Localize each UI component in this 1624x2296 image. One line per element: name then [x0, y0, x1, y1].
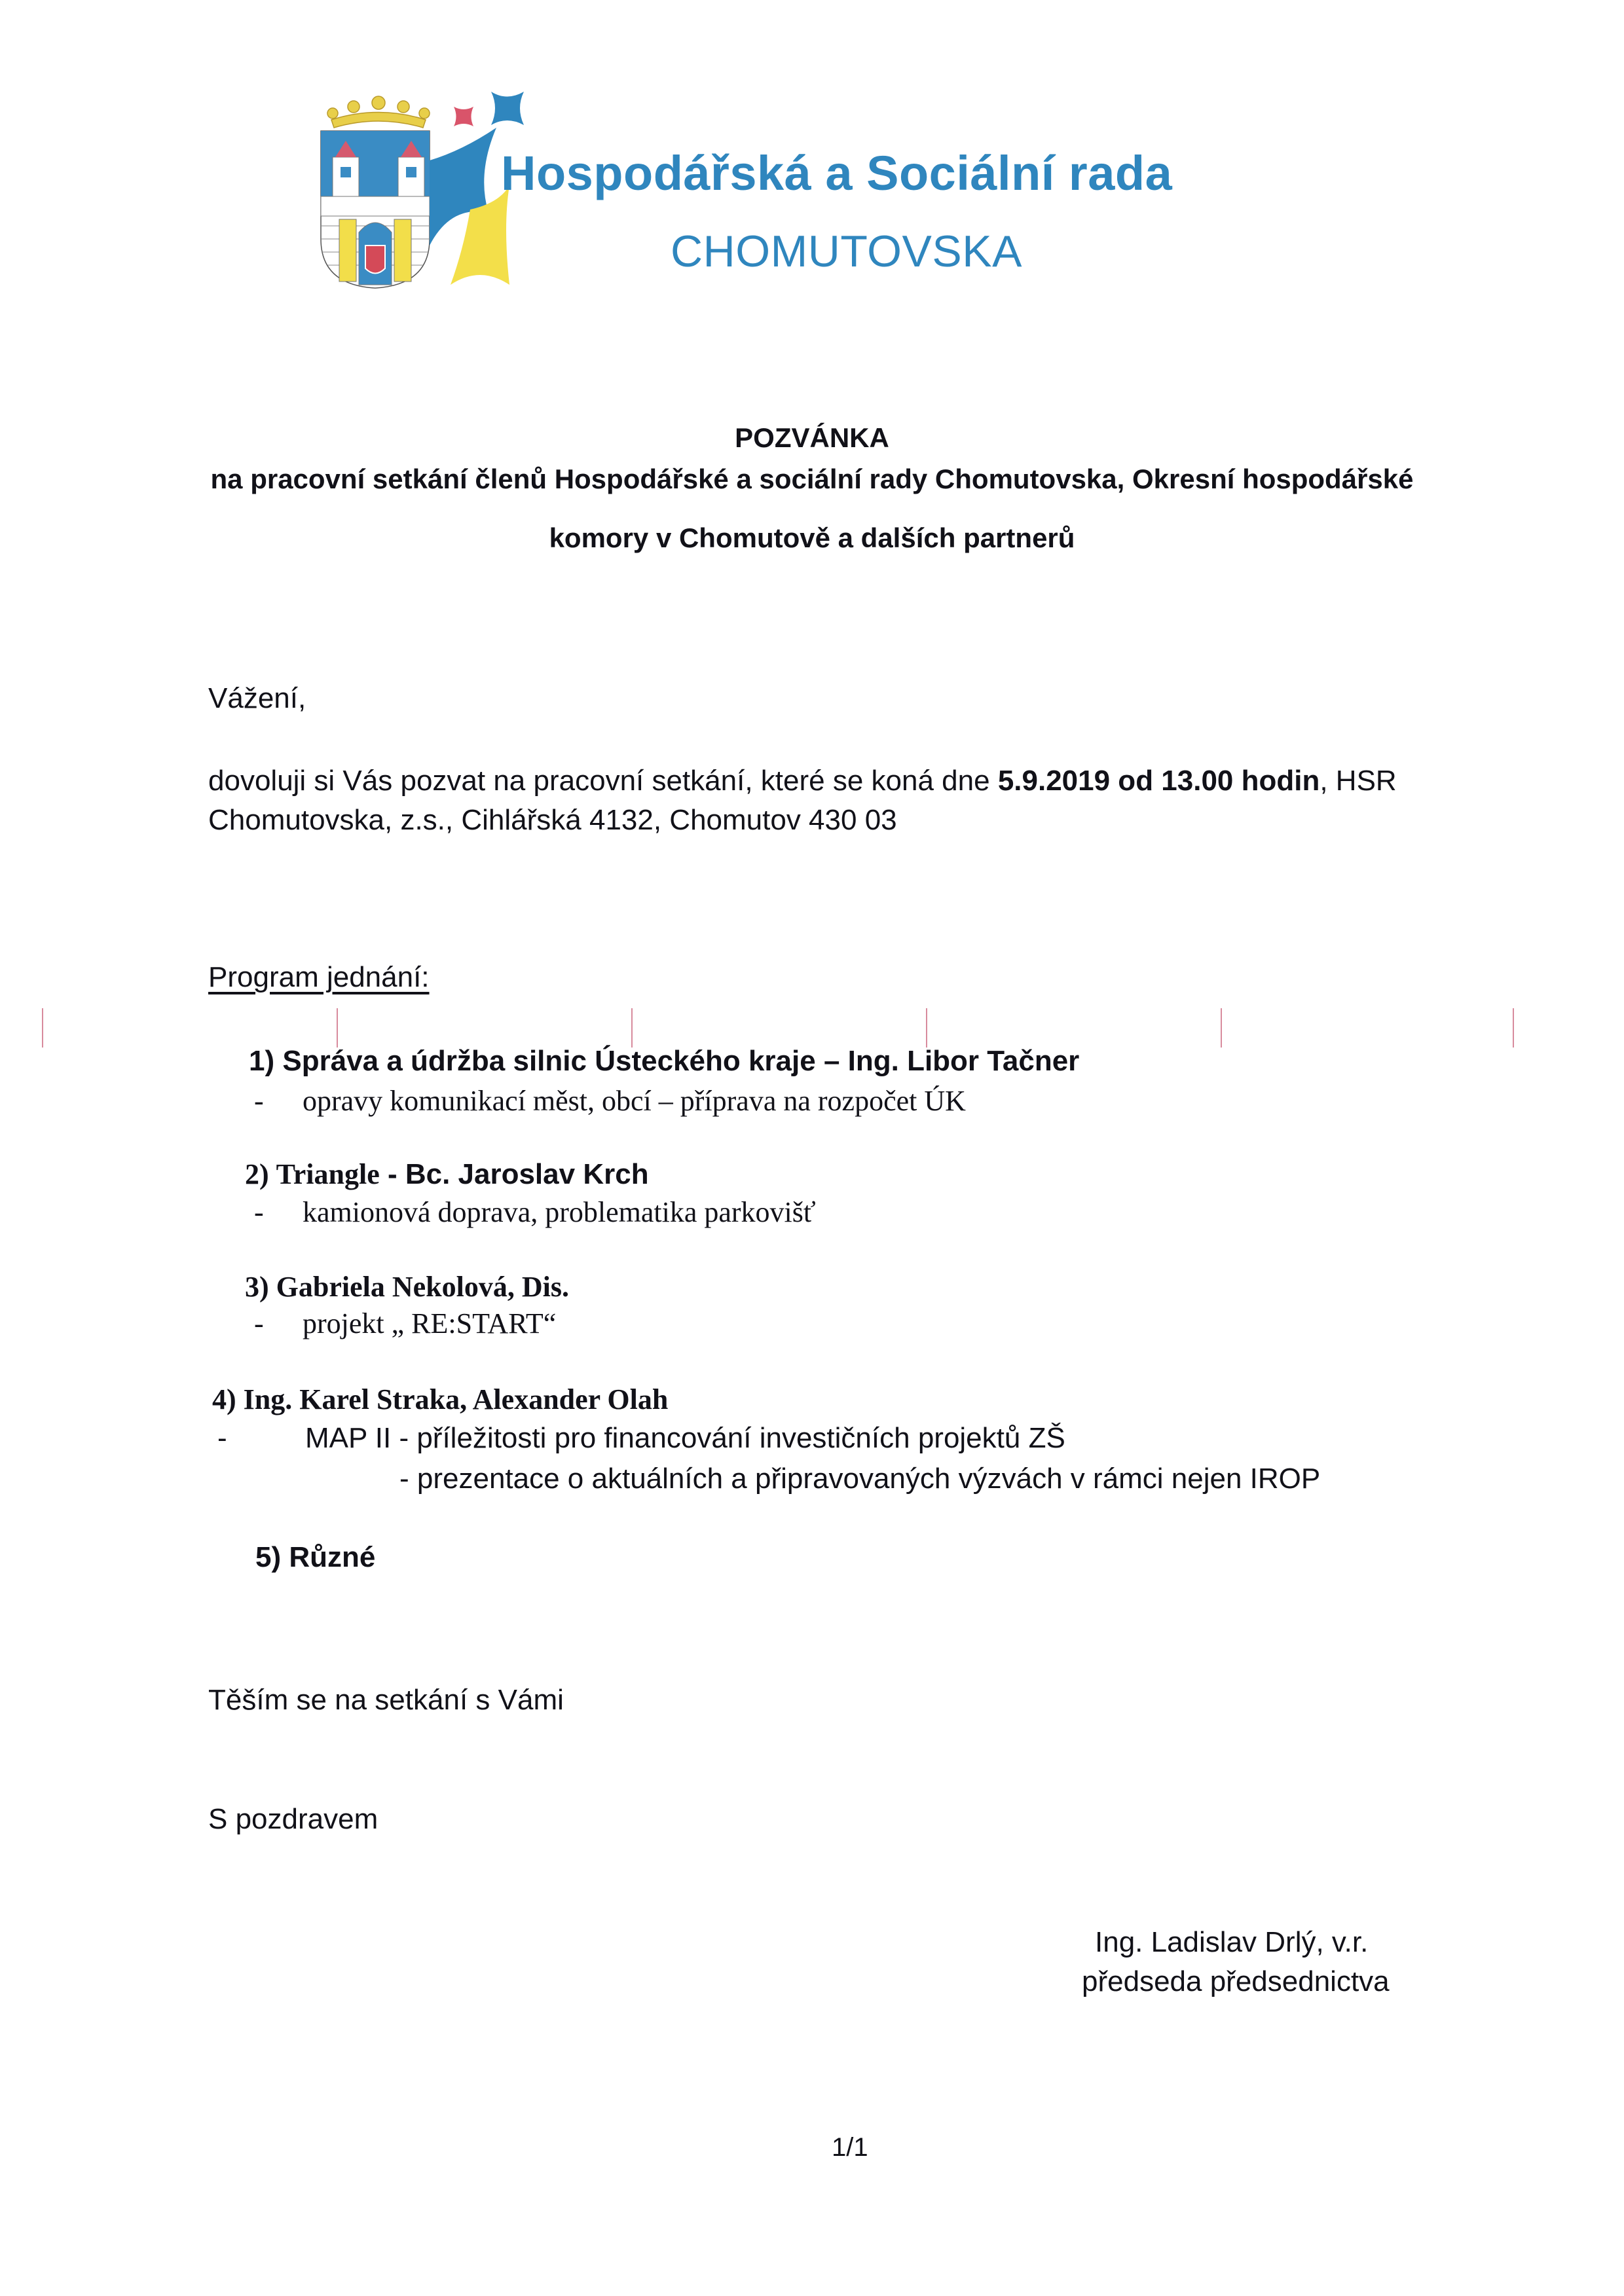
page-number: 1/1	[832, 2133, 868, 2162]
item-number: 5)	[255, 1541, 281, 1573]
document-subtitle-line-1: na pracovní setkání členů Hospodářské a …	[0, 464, 1624, 495]
item-title-person: - Bc. Jaroslav Krch	[380, 1158, 649, 1190]
document-subtitle-line-2: komory v Chomutově a dalších partnerů	[0, 522, 1624, 554]
invitation-prefix: dovoluji si Vás pozvat na pracovní setká…	[208, 765, 998, 797]
program-item-2-title: 2) Triangle - Bc. Jaroslav Krch	[245, 1157, 649, 1191]
bullet-dash: -	[254, 1084, 264, 1118]
logo-title: Hospodářská a Sociální rada	[501, 145, 1172, 201]
invitation-suffix: , HSR	[1319, 765, 1396, 797]
program-item-1-title: 1) Správa a údržba silnic Ústeckého kraj…	[249, 1045, 1079, 1078]
scan-mark	[1221, 1008, 1222, 1048]
scan-mark	[337, 1008, 338, 1048]
document-page: Hospodářská a Sociální rada CHOMUTOVSKA …	[0, 0, 1624, 2296]
regards: S pozdravem	[208, 1803, 378, 1836]
program-item-3-detail: projekt „ RE:START“	[303, 1307, 556, 1340]
item-title: Správa a údržba silnic Ústeckého kraje –…	[282, 1045, 1079, 1077]
scan-mark	[631, 1008, 633, 1048]
detail-text: MAP II - příležitosti pro financování in…	[305, 1422, 1065, 1454]
program-item-5-title: 5) Různé	[255, 1541, 375, 1574]
signature-name: Ing. Ladislav Drlý, v.r.	[1095, 1926, 1368, 1959]
invitation-line-2: Chomutovska, z.s., Cihlářská 4132, Chomu…	[208, 804, 897, 837]
item-number: 2)	[245, 1158, 269, 1190]
item-title-organization: Triangle	[276, 1158, 380, 1190]
signature-role: předseda předsednictva	[1082, 1965, 1390, 1998]
program-item-3-title: 3) Gabriela Nekolová, Dis.	[245, 1270, 569, 1303]
closing-line: Těším se na setkání s Vámi	[208, 1684, 564, 1717]
logo-subtitle: CHOMUTOVSKA	[671, 226, 1022, 277]
bullet-dash: -	[217, 1422, 227, 1455]
scan-mark	[926, 1008, 927, 1048]
program-item-4-detail-1: MAP II - příležitosti pro financování in…	[228, 1422, 1065, 1455]
item-number: 4)	[212, 1383, 236, 1415]
item-title: Různé	[289, 1541, 375, 1573]
item-title: Gabriela Nekolová, Dis.	[276, 1271, 569, 1303]
invitation-line-1: dovoluji si Vás pozvat na pracovní setká…	[208, 765, 1397, 797]
scan-mark	[1513, 1008, 1514, 1048]
invitation-date: 5.9.2019 od 13.00 hodin	[998, 765, 1320, 797]
bullet-dash: -	[254, 1307, 264, 1340]
scan-mark	[42, 1008, 43, 1048]
item-number: 1)	[249, 1045, 274, 1077]
greeting: Vážení,	[208, 682, 306, 715]
program-item-1-detail: opravy komunikací měst, obcí – příprava …	[303, 1084, 966, 1118]
item-number: 3)	[245, 1271, 269, 1303]
coat-of-arms-logo-icon	[313, 88, 529, 291]
document-title: POZVÁNKA	[0, 422, 1624, 454]
program-label: Program jednání:	[208, 961, 430, 994]
bullet-dash: -	[254, 1195, 264, 1229]
program-item-2-detail: kamionová doprava, problematika parkoviš…	[303, 1195, 816, 1229]
program-item-4-detail-2: - prezentace o aktuálních a připravovaný…	[399, 1463, 1320, 1495]
program-item-4-title: 4) Ing. Karel Straka, Alexander Olah	[212, 1383, 668, 1416]
item-title: Ing. Karel Straka, Alexander Olah	[244, 1383, 669, 1415]
